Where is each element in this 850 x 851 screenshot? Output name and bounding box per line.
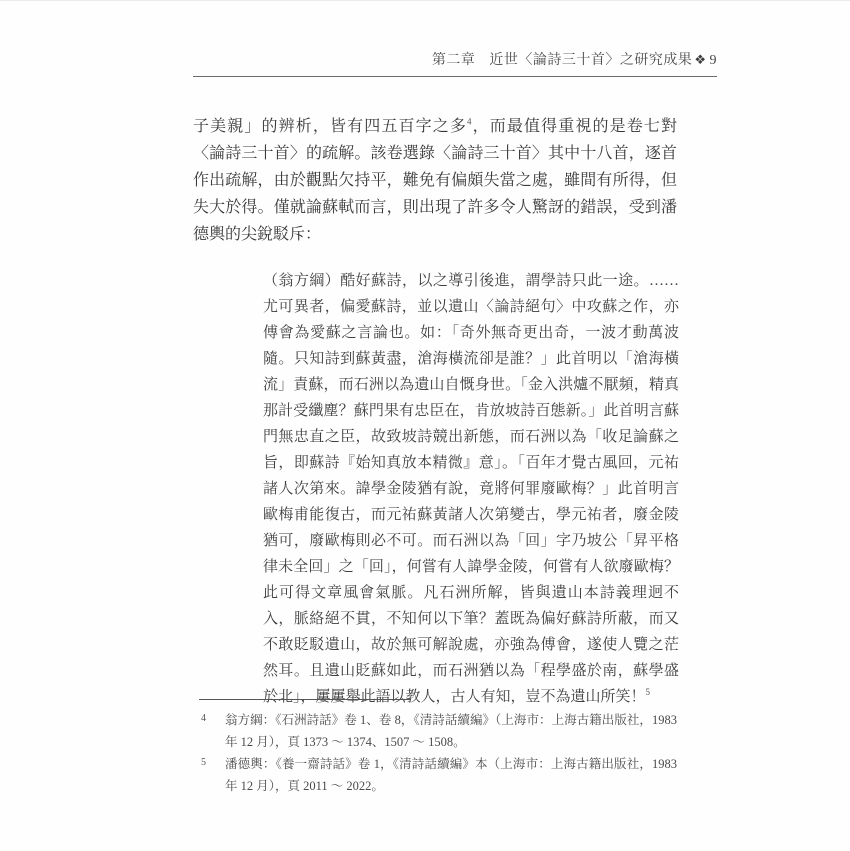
chapter-number: 第二章 (432, 53, 476, 68)
footnote-item: 5 潘德輿：《養一齋詩話》卷 1，《清詩話續編》本（上海市：上海古籍出版社，19… (193, 753, 677, 797)
chapter-title: 近世〈論詩三十首〉之研究成果 (489, 53, 692, 68)
footnote-number: 5 (193, 753, 225, 797)
footnote-text: 翁方綱：《石洲詩話》卷 1、卷 8，《清詩話續編》（上海市：上海古籍出版社，19… (225, 709, 677, 753)
quote-text: （翁方綱）酷好蘇詩，以之導引後進，謂學詩只此一途。……尤可異者，偏愛蘇詩，並以遺… (263, 273, 679, 705)
page-number: 9 (710, 53, 718, 68)
diamond-ornament-icon: ❖ (694, 52, 706, 67)
footnote-text: 潘德輿：《養一齋詩話》卷 1，《清詩話續編》本（上海市：上海古籍出版社，1983… (225, 753, 677, 797)
body-paragraph: 子美親」的辨析，皆有四五百字之多4，而最值得重視的是卷七對〈論詩三十首〉的疏解。… (193, 113, 677, 248)
footnote-item: 4 翁方綱：《石洲詩話》卷 1、卷 8，《清詩話續編》（上海市：上海古籍出版社，… (193, 709, 677, 753)
paragraph-lead: 子美親」的辨析，皆有四五百字之多 (193, 118, 467, 135)
book-page: 第二章近世〈論詩三十首〉之研究成果❖9 子美親」的辨析，皆有四五百字之多4，而最… (0, 0, 850, 851)
main-text-block: 子美親」的辨析，皆有四五百字之多4，而最值得重視的是卷七對〈論詩三十首〉的疏解。… (193, 113, 677, 710)
running-head: 第二章近世〈論詩三十首〉之研究成果❖9 (193, 49, 717, 77)
paragraph-rest: ，而最值得重視的是卷七對〈論詩三十首〉的疏解。該卷選錄〈論詩三十首〉其中十八首，… (193, 118, 677, 243)
block-quote: （翁方綱）酷好蘇詩，以之導引後進，謂學詩只此一途。……尤可異者，偏愛蘇詩，並以遺… (263, 268, 679, 710)
footnote-separator-rule (199, 699, 411, 700)
footnotes-section: 4 翁方綱：《石洲詩話》卷 1、卷 8，《清詩話續編》（上海市：上海古籍出版社，… (193, 699, 677, 797)
footnote-number: 4 (193, 709, 225, 753)
footnote-reference-5: 5 (646, 687, 651, 697)
